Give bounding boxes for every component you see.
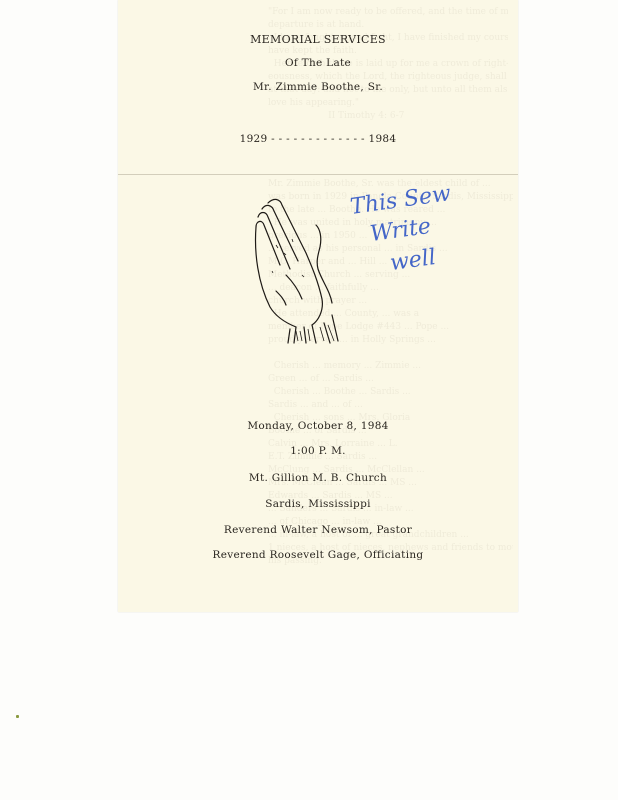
pastor-name: Reverend Walter Newsom, Pastor [118,524,518,536]
memorial-program-page: "For I am now ready to be offered, and t… [118,0,518,612]
officiant-name: Reverend Roosevelt Gage, Officiating [118,549,518,561]
praying-hands-icon [246,195,346,345]
program-subtitle: Of The Late [118,57,518,69]
scan-speck [16,715,19,718]
fold-line [118,174,518,175]
deceased-name: Mr. Zimmie Boothe, Sr. [118,81,518,93]
service-location: Sardis, Mississippi [118,498,518,510]
program-title: MEMORIAL SERVICES [118,33,518,46]
service-church: Mt. Gillion M. B. Church [118,472,518,484]
life-years: 1929 - - - - - - - - - - - - - 1984 [118,133,518,145]
service-date: Monday, October 8, 1984 [118,420,518,432]
service-time: 1:00 P. M. [118,445,518,457]
